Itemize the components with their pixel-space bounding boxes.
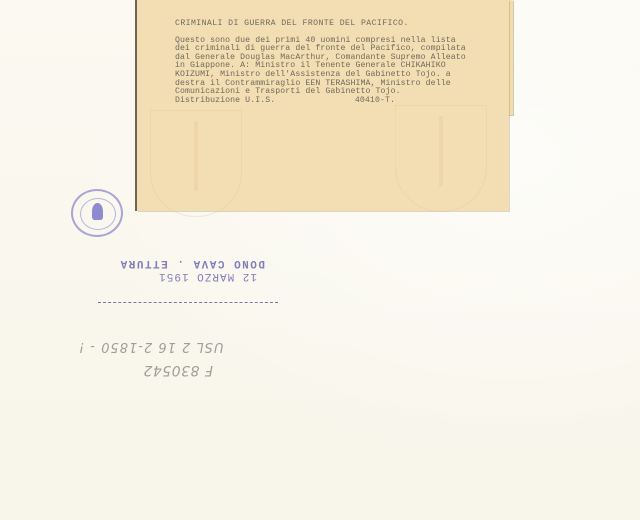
divider-line — [98, 302, 278, 304]
photo-back: CRIMINALI DI GUERRA DEL FRONTE DEL PACIF… — [0, 0, 640, 520]
donation-donor: DONO CAVA . ETTURA — [107, 256, 267, 269]
pencil-note: USL 2 16 2-1850 - ! — [78, 339, 223, 354]
caption-title: CRIMINALI DI GUERRA DEL FRONTE DEL PACIF… — [175, 20, 475, 29]
museum-stamp — [71, 189, 123, 237]
helmet-emblem-icon — [92, 203, 103, 220]
photo-reference-number: 40410-T. — [355, 97, 395, 106]
caption-text: CRIMINALI DI GUERRA DEL FRONTE DEL PACIF… — [175, 20, 475, 105]
fleur-de-lis-watermark — [150, 110, 242, 217]
donation-date: 12 MARZO 1951 — [107, 269, 267, 282]
distribution-note: Distribuzione U.I.S. — [175, 97, 275, 106]
fleur-de-lis-watermark — [395, 105, 487, 212]
pencil-inventory-number: F 830542 — [143, 362, 213, 378]
caption-footer: Distribuzione U.I.S. 40410-T. — [175, 97, 395, 106]
donation-stamp: 12 MARZO 1951 DONO CAVA . ETTURA — [107, 256, 267, 282]
